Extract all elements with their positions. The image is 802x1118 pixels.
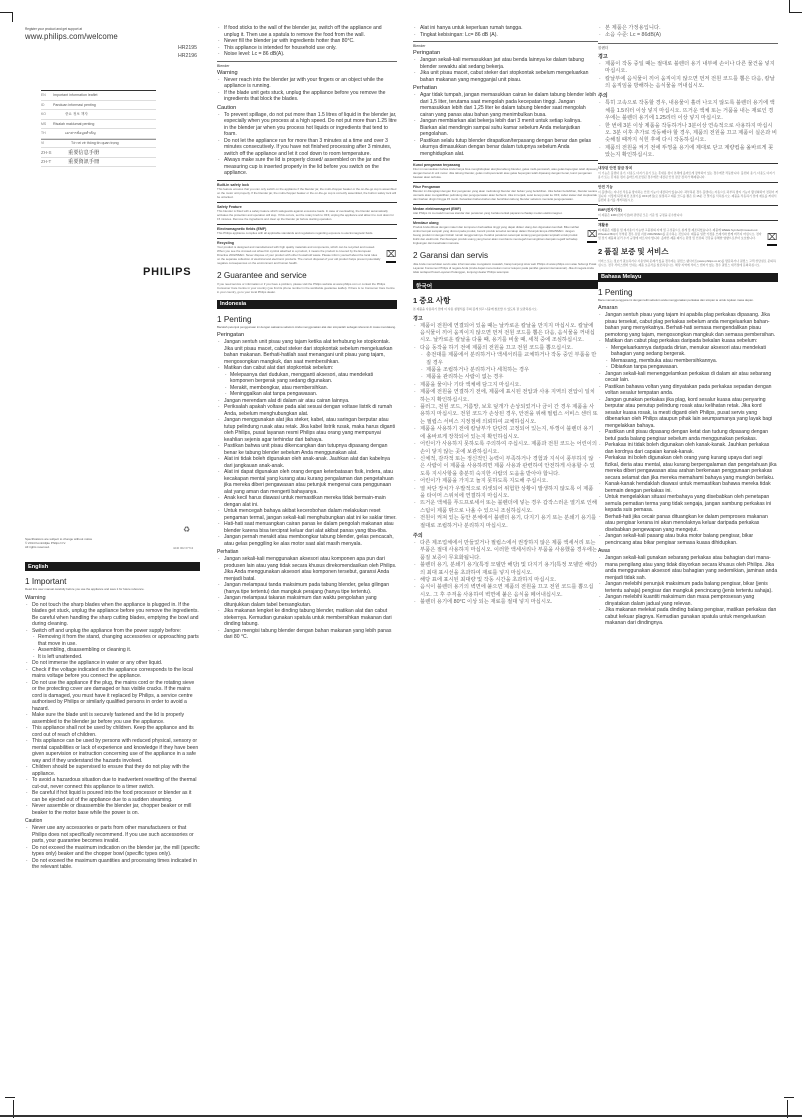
warning-list: 제품이 전원에 연결되어 있을 때는 날카로운 칼날을 만지지 마십시오. 칼날… [413, 323, 598, 530]
blender-subsection-label: Blender [217, 61, 397, 68]
caution-heading: Perhatian [413, 85, 598, 91]
list-item: Tingkat kebisingan: Lc= 86 dB (A). [413, 32, 598, 39]
caution-heading: Caution [217, 105, 397, 111]
model-number: HR2196 [178, 52, 197, 60]
list-item: Pastikan selalu tutup blender dirapatkan… [413, 138, 598, 158]
list-item: 특히 고속으로 작동할 경우, 내용물이 흘러 나오지 않도록 블렌더 용기에 … [598, 100, 778, 122]
list-item: 제품이 작동 중일 때는 절대로 블렌더 용기 내부에 손이나 다른 물건을 넣… [598, 61, 778, 76]
list-item: 어린이가 제품을 가지고 놀지 못하도록 지도해 주십시오. [413, 478, 598, 485]
list-item: 어린이가 사용하지 못하도록 주의하여 주십시오. 제품과 전원 코드는 어린이… [413, 441, 598, 456]
language-code: MS [41, 122, 53, 126]
crop-mark [789, 12, 802, 13]
list-item: Jangan sekali-kali gunakan sebarang perk… [598, 555, 778, 581]
language-header-malay: Bahasa Melayu [598, 273, 778, 282]
caution-list: 다른 제조업체에서 만들었거나 필립스에서 권장하지 않은 제품 액세서리 또는… [413, 540, 598, 607]
language-code: ZH-S [41, 150, 68, 155]
safety-feature-heading: Safety Feature [217, 202, 397, 209]
list-item: 제품에 전원을 연결하기 전에, 제품에 표시된 전압과 사용 지역의 전압이 … [413, 389, 598, 404]
language-row: VITờ rơi về thông tin quan trọng [41, 139, 156, 149]
list-item: Hati-hati saat menuangkan cairan panas k… [217, 521, 397, 534]
list-item: 제품을 관리하는 사람이 없는 경우 [420, 374, 598, 381]
list-item: Jangan menggunakan alat jika steker, kab… [217, 417, 397, 443]
list-item: Always make sure the lid is properly clo… [217, 157, 397, 177]
caution-list: Jangan sekali-kali gunakan sebarang perk… [598, 555, 778, 627]
safety-feature-text: This blender is fitted with a safety fea… [217, 209, 397, 221]
list-item: This appliance can be used by persons wi… [25, 738, 200, 764]
list-item: 뜨거운 액체를 푸드프로세서 또는 블렌더에 넣는 경우 갑작스러운 열기로 인… [413, 500, 598, 515]
list-item: Switch off and unplug the appliance from… [25, 628, 200, 661]
list-item: 제품의 전원을 켜기 전에 뚜껑을 용기에 제대로 닫고 계량컵을 올바르게 꽂… [598, 145, 778, 160]
warning-heading: Warning [25, 595, 200, 601]
section-title: 1 Important [25, 577, 200, 586]
recycling-text: Produk Anda dibuat dengan materi dan kom… [413, 225, 582, 245]
language-row: ZH-T重要資訊手冊 [41, 158, 156, 168]
warning-heading: Warning [217, 70, 397, 76]
list-item: 블렌더 용기에 80°C 이상 되는 재료를 절대 넣지 마십시오. [413, 599, 598, 606]
list-item: Periksalah apakah voltase pada alat sesu… [217, 404, 397, 417]
list-item: 제품이 전원에 연결되어 있을 때는 날카로운 칼날을 만지지 마십시오. 칼날… [413, 323, 598, 345]
language-row: KO중요 정보 책자 [41, 110, 156, 120]
list-item: This appliance shall not be used by chil… [25, 725, 200, 738]
list-item: Jangan pernah merakit atau membongkar ta… [217, 534, 397, 547]
language-name: 重要資訊手冊 [68, 158, 156, 165]
philips-logo: PHILIPS [143, 266, 191, 278]
list-item-text: 다음 동작을 하기 전에 제품의 전원을 끄고 전원 코드를 뽑으십시오. [420, 345, 573, 351]
crossed-wheelie-bin-icon: ⌧ [766, 232, 778, 246]
list-item: Jangan melebihi penunjuk maksimum pada b… [598, 581, 778, 594]
warning-heading: 경고 [598, 53, 778, 60]
list-item: Anak kecil harus diawasi untuk memastika… [217, 495, 397, 508]
blender-warning-list: Never reach into the blender jar with yo… [217, 77, 397, 103]
list-item: If food sticks to the wall of the blende… [217, 25, 397, 38]
cover-panel: Register your product and get support at… [0, 0, 200, 1118]
recycling-text: 이 제품은 재활용 및 재사용이 가능한 고품질의 자재 및 구성품으로 설계 … [598, 228, 762, 240]
recycling-block: Produk Anda dibuat dengan materi dan kom… [413, 225, 598, 245]
caution-list: Jangan sekali-kali menggunakan aksesori … [217, 556, 397, 641]
language-row: ZH-S重要信息手册 [41, 148, 156, 158]
safety-feature-text: 이 블렌더는 지나친 작동을 방지하는 안전 기능이 내장되어 있습니다. 과부… [598, 190, 778, 202]
list-item: Do not exceed the maximum indication on … [25, 845, 200, 858]
sub-list: 충전대를 제품에서 분리하거나 액세서리를 교체하거나 작동 중인 부품을 만질… [420, 352, 598, 382]
list-item: Jangan melebihi kuantiti maksimum dan ma… [598, 594, 778, 607]
crossed-wheelie-bin-icon: ⌧ [385, 249, 397, 263]
list-item: Alat ini tidak boleh digunakan oleh anak… [217, 456, 397, 469]
language-row: MSRisalah maklumat penting [41, 120, 156, 130]
list-item: Pastikan bahawa voltan yang dinyatakan p… [598, 384, 778, 397]
list-item: Jangan sekali-kali memasukkan jari atau … [413, 57, 598, 70]
language-code: ZH-T [41, 159, 68, 164]
safety-feature-heading: Fitur Pengaman [413, 182, 598, 189]
document-code: 4240 002 07713 [173, 546, 193, 550]
list-item: Never assemble or disassemble the blende… [25, 803, 200, 816]
list-item: Jangan sentuh unit pisau yang tajam keti… [217, 339, 397, 365]
warning-list: Jangan sentuh pisau yang tajam ini apabi… [598, 312, 778, 546]
safety-feature-heading: 안전 기능 [598, 182, 778, 190]
language-header-indonesia: Indonesia [217, 300, 397, 309]
list-item: 한 번에 3분 이상 제품을 작동하거나 3분이상 연속적으로 사용하지 마십시… [598, 123, 778, 145]
list-item: Agar tidak tumpah, jangan memasukkan cai… [413, 92, 598, 118]
list-item: Matikan dan cabut plag perkakas daripada… [598, 338, 778, 371]
sub-list: Removing it from the stand, changing acc… [32, 634, 200, 660]
language-name: Panduan informasi penting [53, 103, 156, 107]
caution-heading: Awas [598, 548, 778, 554]
list-item: Jangan sentuh pisau yang tajam ini apabi… [598, 312, 778, 338]
safety-feature-text: Blender ini dilengkapi dengan fitur peng… [413, 189, 598, 201]
section-title: 1 Penting [217, 315, 397, 324]
list-item: Children should be supervised to ensure … [25, 764, 200, 777]
list-item: Jangan sekali-kali pasang atau buka moto… [598, 533, 778, 546]
list-item: Never reach into the blender jar with yo… [217, 77, 397, 90]
korean-continued-column: 본 제품은 가정용입니다. 소음 수준: Lc = 86dB(A) 블렌더 경고… [598, 25, 778, 627]
list-item: To avoid a hazardous situation due to in… [25, 777, 200, 790]
language-code: ID [41, 103, 53, 107]
caution-heading: Caution [25, 818, 200, 824]
caution-continued-list: Alat ini hanya untuk keperluan rumah tan… [413, 25, 598, 38]
guarantee-text: Jika Anda memerlukan servis atau informa… [413, 262, 598, 274]
language-code: TH [41, 131, 53, 135]
list-item: Do not exceed the maximum quantities and… [25, 858, 200, 871]
list-item: Jangan melampaui tanda maksimum pada tab… [217, 582, 397, 595]
safety-lock-heading: 내장된 안전 잠금 장치 [598, 163, 778, 171]
section-title: 1 중요 사항 [413, 295, 598, 306]
emf-text: This Philips appliance complies with all… [217, 231, 397, 235]
recycling-heading: Mendaur ulang [413, 218, 598, 225]
blender-caution-list: To prevent spillage, do not put more tha… [217, 112, 397, 177]
warning-heading: 경고 [413, 315, 598, 322]
caution-heading: 주의 [598, 92, 778, 99]
safety-lock-heading: Built-in safety lock [217, 180, 397, 187]
language-name: Important information leaflet [53, 93, 156, 97]
list-item: 제품을 사용하기 전에 칼날부가 단단히 고정되어 있는지, 뚜껑이 블렌더 용… [413, 426, 598, 441]
crossed-wheelie-bin-icon: ⌧ [586, 229, 598, 243]
list-item: If the blade unit gets stuck, unplug the… [217, 90, 397, 103]
language-code: VI [41, 141, 53, 145]
list-item: Be careful if hot liquid is poured into … [25, 790, 200, 803]
language-name: Tờ rơi về thông tin quan trọng [53, 141, 156, 145]
blender-warning-list: 제품이 작동 중일 때는 절대로 블렌더 용기 내부에 손이나 다른 물건을 넣… [598, 61, 778, 91]
recycling-block: Your product is designed and manufacture… [217, 245, 397, 265]
register-text: Register your product and get support at [25, 27, 82, 31]
language-name: 중요 정보 책자 [53, 112, 156, 117]
section-intro: 본 제품을 사용하기 전에 이 사용 설명서를 주의 깊게 읽고 나중에 참조할… [413, 308, 598, 312]
list-item: Untuk mengelakkan situasi merbahaya yang… [598, 494, 778, 514]
list-item: 블렌더 용기, 분쇄기 용기(특정 모델만 해당) 및 다지기 용기(특정 모델… [413, 562, 598, 577]
recycling-heading: Recycling [217, 238, 397, 245]
language-index-table: ENImportant information leaflet IDPandua… [41, 90, 156, 167]
list-item: Do not touch the sharp blades when the a… [25, 602, 200, 628]
list-item: Removing it from the stand, changing acc… [32, 634, 200, 647]
language-row: ENImportant information leaflet [41, 91, 156, 101]
language-name: เอกสารข้อมูลสำคัญ [53, 130, 156, 136]
list-item: Berhati-hati jika cecair panas dituangka… [598, 514, 778, 534]
guarantee-text: 서비스 또는 정보가 필요하거나 사용상의 문제가 있을 경우에는 필립스 웹사… [598, 259, 778, 267]
emf-heading: Electromagnetic fields (EMF) [217, 224, 397, 231]
list-item: Do not let the appliance run for more th… [217, 138, 397, 158]
list-item: Jangan sekali-kali menenggelamkan perkak… [598, 371, 778, 384]
list-item: Never use any accessories or parts from … [25, 825, 200, 845]
safety-lock-heading: Kunci pengaman terpasang [413, 160, 598, 167]
list-item: 다음 동작을 하기 전에 제품의 전원을 끄고 전원 코드를 뽑으십시오. 충전… [413, 345, 598, 382]
blender-subsection-label: Blender [413, 41, 598, 48]
warning-heading: Peringatan [413, 50, 598, 56]
list-item: Jangan gunakan perkakas jika plag, kord … [598, 397, 778, 430]
list-item: 신체적, 감각적 또는 정신적인 능력이 부족하거나 경험과 지식이 풍부하지 … [413, 456, 598, 478]
list-item: Pastikan bahwa unit pisau dikencangkan d… [217, 443, 397, 456]
guarantee-text: If you need service or information or if… [217, 282, 397, 294]
list-item-text: Switch off and unplug the appliance from… [32, 628, 181, 634]
list-item: Make sure the blade unit is securely fas… [25, 712, 200, 725]
safety-lock-text: This feature ensures that you can only s… [217, 187, 397, 199]
warning-list: Do not touch the sharp blades when the a… [25, 602, 200, 817]
english-column: English 1 Important Read this user manua… [25, 562, 200, 871]
list-item: Jika makanan melekat pada dinding balang… [598, 607, 778, 627]
warning-heading: Peringatan [217, 332, 397, 338]
crop-mark [784, 1097, 794, 1098]
sub-list: Mengeluarkannya daripada dirian, menukar… [605, 345, 778, 371]
caution-heading: Perhatian [217, 549, 397, 555]
section-title: 2 Guarantee and service [217, 271, 397, 280]
section-title: 1 Penting [598, 288, 778, 297]
list-item: Alat ini dapat digunakan oleh orang deng… [217, 469, 397, 495]
list-item: Perkakas ini tidak boleh digunakan oleh … [598, 442, 778, 455]
section-title: 2 Garansi dan servis [413, 251, 598, 260]
language-header-korean: 한국어 [413, 280, 598, 289]
blender-caution-list: Agar tidak tumpah, jangan memasukkan cai… [413, 92, 598, 157]
language-code: KO [41, 112, 53, 116]
model-numbers: HR2195 HR2196 [178, 44, 197, 60]
model-number: HR2195 [178, 44, 197, 52]
list-item: Mengeluarkannya daripada dirian, menukar… [605, 345, 778, 358]
list-item: Jangan membiarkan alat bekerja lebih dar… [413, 118, 598, 138]
warning-heading: Amaran [598, 305, 778, 311]
list-item: To prevent spillage, do not put more tha… [217, 112, 397, 138]
list-item: Check if the voltage indicated on the ap… [25, 667, 200, 680]
section-title: 2 품질 보증 및 서비스 [598, 246, 778, 257]
list-item: Do not use the appliance if the plug, th… [25, 680, 200, 713]
list-item: 칼날부에 음식물이 끼어 움직이지 않으면 먼저 전원 코드를 뽑은 다음, 칼… [598, 76, 778, 91]
sub-list: Melepasnya dari dudukan, mengganti akses… [224, 372, 397, 398]
language-name: Risalah maklumat penting [53, 122, 156, 126]
indonesia-continued-column: Alat ini hanya untuk keperluan rumah tan… [413, 25, 598, 607]
list-item: Kanak-kanak hendaklah diawasi untuk mema… [598, 481, 778, 494]
blender-warning-list: Jangan sekali-kali memasukkan jari atau … [413, 57, 598, 83]
list-item: Pastikan unit pisau dipasang dengan keta… [598, 429, 778, 442]
crop-mark [789, 0, 790, 12]
emf-text: 이 제품은 EMF(전자기장)와 관련된 모든 기준 및 규정을 준수합니다. [598, 213, 778, 217]
list-item: Melepasnya dari dudukan, mengganti akses… [224, 372, 397, 385]
section-intro: Bacalah petunjuk penggunaan ini dengan s… [217, 326, 397, 330]
list-item-text: Matikan dan cabut alat dari stopkontak s… [224, 365, 333, 371]
caution-continued-list: If food sticks to the wall of the blende… [217, 25, 397, 58]
emf-text: Alat Philips ini mematuhi semua standar … [413, 211, 598, 215]
list-item: Untuk mencegah bahaya akibat kecerobohan… [217, 508, 397, 521]
emf-heading: Medan elektromagnet (EMF) [413, 204, 598, 211]
list-item: Jangan sekali-kali menggunakan aksesori … [217, 556, 397, 582]
support-url[interactable]: www.philips.com/welcome [25, 32, 118, 41]
copyright-block: Specifications are subject to change wit… [25, 537, 92, 550]
section-intro: Baca manual pengguna ini dengan teliti s… [598, 299, 778, 303]
list-item: Perkakas ini boleh digunakan oleh orang … [598, 455, 778, 481]
caution-heading: 주의 [413, 532, 598, 539]
list-item: 다른 제조업체에서 만들었거나 필립스에서 권장하지 않은 제품 액세서리 또는… [413, 540, 598, 562]
caution-continued-list: 본 제품은 가정용입니다. 소음 수준: Lc = 86dB(A) [598, 25, 778, 40]
section-intro: Read this user manual carefully before y… [25, 588, 200, 592]
list-item: Jika unit pisau macet, cabut steker dari… [413, 70, 598, 83]
list-item-text: Matikan dan cabut plag perkakas daripada… [605, 338, 757, 344]
language-row: THเอกสารข้อมูลสำคัญ [41, 129, 156, 139]
safety-lock-text: 이 기능은 블렌더 용기, 다용도 다지기 용기 또는 휴대용 컵이 본체에 올… [598, 171, 778, 179]
list-item: Matikan dan cabut alat dari stopkontak s… [217, 365, 397, 398]
blender-caution-list: 특히 고속으로 작동할 경우, 내용물이 흘러 나오지 않도록 블렌더 용기에 … [598, 100, 778, 159]
english-continued-column: If food sticks to the wall of the blende… [217, 25, 397, 641]
recycle-paper-icon: ♻ [183, 525, 190, 534]
list-item: 전원이 켜져 있는 동안 본체에서 블렌더 용기, 다지기 용기 또는 분쇄기 … [413, 515, 598, 530]
language-code: EN [41, 93, 53, 97]
list-item: Jangan melampaui takaran maksimum dan wa… [217, 595, 397, 608]
language-name: 重要信息手册 [68, 149, 156, 156]
recycling-block: 이 제품은 재활용 및 재사용이 가능한 고품질의 자재 및 구성품으로 설계 … [598, 228, 778, 240]
list-item: 플러그, 전원 코드, 거름망, 보호 덮개가 손상되었거나 금이 간 경우 제… [413, 404, 598, 426]
recycling-heading: 재활용 [598, 220, 778, 228]
caution-list: Never use any accessories or parts from … [25, 825, 200, 871]
list-item: 음식이 블렌더 용기의 벽면에 붙으면 제품의 전원을 끄고 전원 코드를 뽑으… [413, 584, 598, 599]
blender-subsection-label: 블렌더 [598, 43, 778, 51]
language-header-english: English [25, 562, 200, 571]
list-item: Noise level: Lc = 86 dB(A). [217, 51, 397, 58]
list-item: Jangan mengisi tabung blender dengan bah… [217, 628, 397, 641]
list-item: 열 차단 장치가 우발적으로 리셋되어 위험한 상황이 발생하지 않도록 이 제… [413, 486, 598, 501]
warning-list: Jangan sentuh unit pisau yang tajam keti… [217, 339, 397, 547]
emf-heading: EMF(전자기장) [598, 205, 778, 213]
list-item: 충전대를 제품에서 분리하거나 액세서리를 교체하거나 작동 중인 부품을 만질… [420, 352, 598, 367]
recycling-text: Your product is designed and manufacture… [217, 245, 381, 265]
list-item: 소음 수준: Lc = 86dB(A) [598, 32, 778, 39]
safety-lock-text: Fitur ini memastikan bahwa Anda hanya bi… [413, 167, 598, 179]
list-item: Jika makanan lengket ke dinding tabung b… [217, 608, 397, 628]
language-row: IDPanduan informasi penting [41, 101, 156, 111]
copyright-line: All rights reserved. [25, 545, 92, 549]
